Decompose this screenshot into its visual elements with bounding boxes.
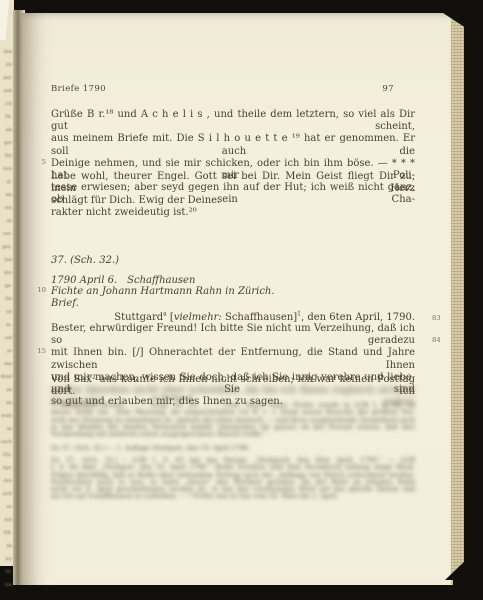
letter-meta-line: 1790 April 6. Schaffhausen — [51, 275, 415, 286]
blurred-text-fragment: Brief — [0, 371, 14, 384]
blurred-text-fragment: sich — [0, 488, 14, 501]
dateline-editorial: vielmehr: — [174, 312, 222, 323]
blurred-text-fragment: da — [0, 540, 14, 553]
blurred-footnote-line: als Ort auf Schaffhausen zu schließen. —… — [51, 493, 415, 500]
margin-ref-83: 83 — [432, 314, 448, 322]
blurred-text-fragment: NB. — [0, 527, 14, 540]
blurred-footnote-block-1: ¹⁸ Vermutlich Bruder. — ¹⁹ Vergl. Nr. 26… — [51, 402, 415, 438]
blurred-text-fragment: als — [0, 124, 14, 137]
page-number: 97 — [382, 83, 394, 95]
letter-metadata: 1790 April 6. SchaffhausenFichte an Joha… — [51, 275, 415, 309]
blurred-text-fragment: ger — [0, 137, 14, 150]
text-line: Lebe wohl, theurer Engel. Gott sei bei D… — [51, 171, 415, 195]
facing-page-text-fragments: den-ßemir,undichTh.alsgerDirbenal.sieein… — [0, 0, 14, 592]
blurred-text-fragment: -er — [0, 501, 14, 514]
blurred-text-fragment: gen. — [0, 241, 14, 254]
blurred-text-fragment: Sie — [0, 293, 14, 306]
blurred-text-fragment: ein — [0, 202, 14, 215]
book-page: Briefe 1790 97 5 10 15 83 84 Grüße B r.¹… — [22, 13, 453, 585]
blurred-text-fragment: den — [0, 46, 14, 59]
blurred-footnote-block-2: Zu 37. (Sch. 32.) ᵃ LGB I, S. 83 hat das… — [51, 457, 415, 501]
blurred-text-fragment: sie — [0, 189, 14, 202]
paragraph-farewell: Lebe wohl, theurer Engel. Gott sei bei D… — [51, 171, 415, 208]
blurred-apparatus-line: Zu 37. (Sch. 32.) — 1. Auflage Stuttgart… — [51, 445, 415, 452]
facing-page-edge: den-ßemir,undichTh.alsgerDirbenal.sieein… — [0, 0, 14, 566]
margin-line-number-15: 15 — [28, 347, 46, 355]
blurred-text-fragment: ley — [0, 553, 14, 566]
section-heading: 37. (Sch. 32.) — [51, 255, 415, 267]
blurred-text-fragment: ich — [0, 98, 14, 111]
blurred-text-fragment: al. — [0, 176, 14, 189]
blurred-text-fragment: hat — [0, 254, 14, 267]
blurred-text-fragment: an — [0, 384, 14, 397]
margin-ref-84: 84 — [432, 336, 448, 344]
book-fore-edge — [451, 20, 464, 578]
blurred-text-fragment: -ße — [0, 59, 14, 72]
dateline-place: Stuttgard — [114, 312, 163, 323]
blurred-text-fragment: mir, — [0, 72, 14, 85]
blurred-text-fragment: 36. — [0, 566, 14, 579]
dateline-date: , den 6ten April, 1790. — [301, 312, 415, 323]
blurred-text-fragment: ge- — [0, 280, 14, 293]
blurred-text-fragment: Dir — [0, 150, 14, 163]
blurred-footnote-line: Verabredung mit mehrern schon ausgesproc… — [51, 431, 415, 438]
blurred-text-fragment: wohl — [0, 410, 14, 423]
fore-edge-top-corner — [443, 13, 466, 28]
dateline-correction: Schaffhausen] — [222, 312, 297, 323]
blurred-text-fragment: und — [0, 85, 14, 98]
blurred-text-fragment: Apr. — [0, 462, 14, 475]
text-line: schlägt für Dich. Ewig der Deine. — [51, 195, 415, 207]
margin-line-number-10: 10 — [28, 286, 46, 294]
blurred-text-fragment: hin — [0, 579, 14, 592]
running-header: Briefe 1790 97 — [51, 83, 415, 95]
running-header-title: Briefe 1790 — [51, 83, 106, 95]
text-line: mit Ihnen bin. [/] Ohnerachtet der Entfe… — [51, 347, 415, 371]
blurred-text-fragment: ver- — [0, 228, 14, 241]
text-line: Grüße B r.¹⁸ und A c h e l i s , und the… — [51, 109, 415, 133]
blurred-text-fragment: den — [0, 475, 14, 488]
text-line: aus meinem Briefe mit. Die S i l h o u e… — [51, 133, 415, 157]
margin-line-number-5: 5 — [28, 158, 46, 166]
letter-meta-line: Brief. — [51, 298, 415, 309]
blurred-text-fragment: zu — [0, 215, 14, 228]
text-line: rakter nicht zweideutig ist.²⁰ — [51, 207, 415, 219]
blurred-text-fragment: es — [0, 423, 14, 436]
book-scan-background: den-ßemir,undichTh.alsgerDirbenal.sieein… — [0, 0, 483, 600]
fore-edge-bottom-corner — [445, 560, 466, 580]
blurred-text-fragment: Th. — [0, 111, 14, 124]
letter-meta-line: Fichte an Johann Hartmann Rahn in Zürich… — [51, 286, 415, 297]
blurred-text-fragment: ons — [0, 358, 14, 371]
blurred-text-fragment: so — [0, 345, 14, 358]
blurred-text-fragment: der — [0, 267, 14, 280]
blurred-text-fragment: im — [0, 397, 14, 410]
blurred-text-fragment: nach — [0, 436, 14, 449]
dateline-bracket: [ — [167, 312, 174, 323]
blurred-text-fragment: auf — [0, 332, 14, 345]
blurred-text-fragment: Zür. — [0, 449, 14, 462]
blurred-text-fragment: ist — [0, 306, 14, 319]
text-line: Bester, ehrwürdiger Freund! Ich bitte Si… — [51, 323, 415, 347]
blurred-text-fragment: m. — [0, 319, 14, 332]
blurred-text-fragment: mit — [0, 514, 14, 527]
blurred-text-fragment: ben — [0, 163, 14, 176]
